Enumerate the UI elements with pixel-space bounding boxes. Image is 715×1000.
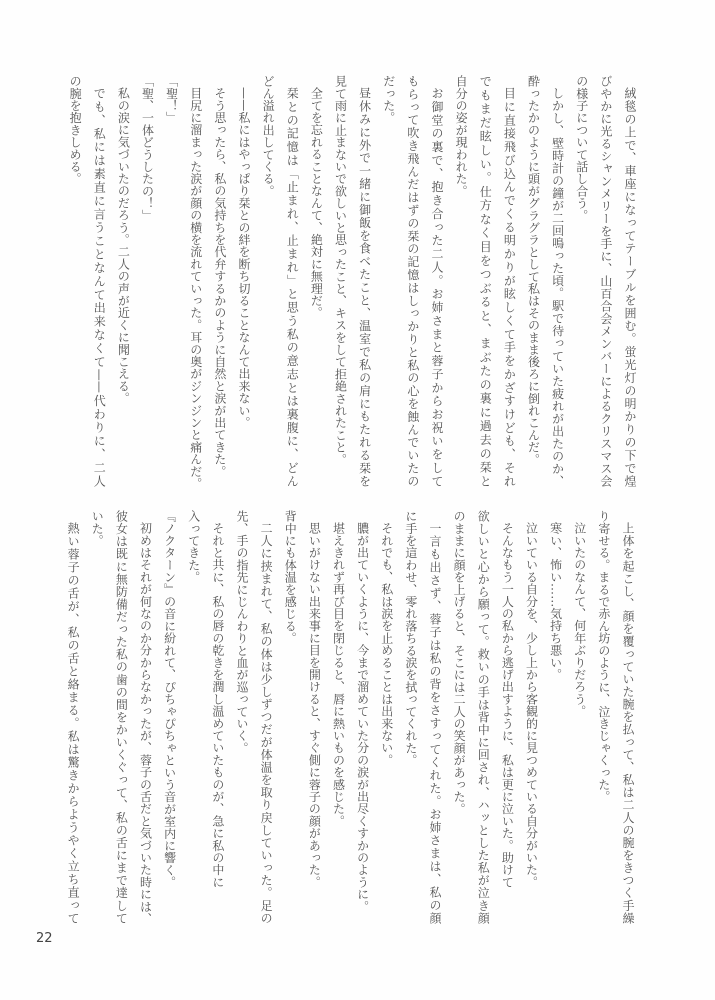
- text-column: 一言も出さず、蓉子は私の背をさすってくれた。お姉さまは、私の顔: [423, 510, 447, 924]
- text-column: 目に直接飛び込んでくる明かりが眩しくて手をかざすけども、それ: [497, 75, 521, 487]
- text-column: 泣いている自分を、少し上から客観的に見つめている自分がいた。: [519, 510, 543, 924]
- text-column: のままに顔を上げると、そこには二人の笑顔があった。: [447, 510, 471, 924]
- text-column: ——私にはやっぱり栞との絆を断ち切ることなんて出来ない。: [232, 75, 256, 487]
- text-column: 絨毯の上で、車座になってテーブルを囲む。蛍光灯の明かりの下で煌: [618, 75, 642, 487]
- text-column: 目尻に溜まった涙が顔の横を流れていった。耳の奥がジンジンと痛んだ。: [184, 75, 208, 487]
- text-column: もらって吹き飛んだはずの栞の記憶はしっかりと私の心を蝕んでいたの: [401, 75, 425, 487]
- dialogue-column: 「聖、一体どうしたの！」: [135, 75, 159, 487]
- text-column: に手を這わせ、零れ落ちる涙を拭ってくれた。: [399, 510, 423, 924]
- text-column: でもまだ眩しい。仕方なく目をつぶると、まぶたの裏に過去の栞と: [473, 75, 497, 487]
- text-column: 欲しいと心から願って。救いの手は背中に回され、ハッとした私が泣き顔: [471, 510, 495, 924]
- text-column: 昼休みに外で一緒に御飯を食べたこと、温室で私の肩にもたれる栞を: [353, 75, 377, 487]
- text-column: 入ってきた。: [182, 510, 206, 924]
- text-column: しかし、壁時計の鐘が二回鳴った頃。駅で待っていた疲れが出たのか、: [546, 75, 570, 487]
- text-column: そんなもう一人の私から逃げ出すように、私は更に泣いた。助けて: [495, 510, 519, 924]
- dialogue-column: 「聖！」: [160, 75, 184, 487]
- text-column: お御堂の裏で、抱き合った二人。お姉さまと蓉子からお祝いをして: [425, 75, 449, 487]
- text-column: 二人に挟まれて、私の体は少しずつだが体温を取り戻していった。足の: [254, 510, 278, 924]
- text-column: の腕を抱きしめる。: [63, 75, 87, 487]
- text-column: 『ノクターン』の音に紛れて、ぴちゃぴちゃという音が室内に響く。: [158, 510, 182, 924]
- text-column: 堪えきれず再び目を閉じると、唇に熱いものを感じた。: [326, 510, 350, 924]
- text-column: の様子について話し合う。: [570, 75, 594, 487]
- text-column: それと共に、私の唇の乾きを潤し温めていたものが、急に私の中に: [206, 510, 230, 924]
- text-column: 酔ったかのように頭がグラグラとして私はそのまま後ろに倒れこんだ。: [521, 75, 545, 487]
- document-page: 絨毯の上で、車座になってテーブルを囲む。蛍光灯の明かりの下で煌 びやかに光るシャ…: [0, 0, 715, 1000]
- text-column: 彼女は既に無防備だった私の歯の間をかいくぐって、私の舌にまで達して: [109, 510, 133, 924]
- text-column: だった。: [377, 75, 401, 487]
- text-column: り寄せる。まるで赤ん坊のように、泣きじゃくった。: [592, 510, 616, 924]
- text-column: 私の涙に気づいたのだろう。二人の声が近くに聞こえる。: [111, 75, 135, 487]
- text-column: 膿が出ていくように、今まで溜めていた分の涙が出尽くすかのように。: [351, 510, 375, 924]
- text-column: 寒い、怖い……気持ち悪い。: [544, 510, 568, 924]
- text-column: どん溢れ出してくる。: [256, 75, 280, 487]
- text-column: 栞との記憶は「止まれ、止まれ」と思う私の意志とは裏腹に、どん: [280, 75, 304, 487]
- text-column: いた。: [85, 510, 109, 924]
- page-number: 22: [36, 931, 53, 946]
- text-column: 見て雨に止まないで欲しいと思ったこと、キスをして拒絶されたこと。: [328, 75, 352, 487]
- text-column: 熱い蓉子の舌が、私の舌と絡まる。私は驚きからようやく立ち直って: [61, 510, 85, 924]
- text-column: 背中にも体温を感じる。: [278, 510, 302, 924]
- text-column: でも、私には素直に言うことなんて出来なくて——代わりに、二人: [87, 75, 111, 487]
- text-column: 自分の姿が現われた。: [449, 75, 473, 487]
- text-column: それでも、私は涙を止めることは出来ない。: [375, 510, 399, 924]
- text-column: 思いがけない出来事に目を開けると、すぐ側に蓉子の顔があった。: [302, 510, 326, 924]
- text-column: 上体を起こし、顔を覆っていた腕を払って、私は二人の腕をきつく手繰: [616, 510, 640, 924]
- text-column: 全てを忘れることなんて、絶対に無理だ。: [304, 75, 328, 487]
- text-column: 泣いたのなんて、何年ぶりだろう。: [568, 510, 592, 924]
- text-column: びやかに光るシャンメリーを手に、山百合会メンバーによるクリスマス会: [594, 75, 618, 487]
- text-column: 先、手の指先にじんわりと血が巡っていく。: [230, 510, 254, 924]
- text-block-bottom: 上体を起こし、顔を覆っていた腕を払って、私は二人の腕をきつく手繰 り寄せる。まる…: [61, 510, 640, 924]
- text-column: 初めはそれが何なのか分からなかったが、蓉子の舌だと気づいた時には、: [133, 510, 157, 924]
- text-column: そう思ったら、私の気持ちを代弁するかのように自然と涙が出てきた。: [208, 75, 232, 487]
- text-block-top: 絨毯の上で、車座になってテーブルを囲む。蛍光灯の明かりの下で煌 びやかに光るシャ…: [63, 75, 642, 487]
